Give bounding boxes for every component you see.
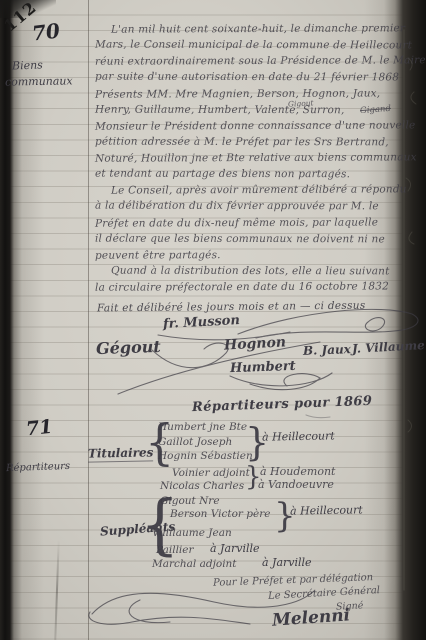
suppleant-name: Paillier (156, 544, 194, 556)
titulaire-name: Humbert jne Bte (158, 420, 253, 435)
manuscript-line: il déclare que les biens communaux ne do… (95, 230, 417, 247)
entry-number-70: 70 (31, 18, 62, 45)
titulaire-extra-place: à Houdemont (260, 465, 335, 478)
margin-note-biens-line2: communaux (5, 74, 73, 88)
section-heading-repartiteurs-1869: Répartiteurs pour 1869 (192, 394, 373, 415)
manuscript-line: Présents MM. Mre Magnien, Berson, Hognon… (95, 85, 417, 103)
titulaire-name: Hognin Sébastien (158, 449, 253, 464)
suppleant-place: à Jarville (210, 542, 260, 555)
secretary-general-line: Le Secrétaire Général (268, 585, 381, 602)
margin-note-biens-line1: Biens (12, 58, 43, 72)
signature-hognon: Hognon (224, 334, 287, 353)
manuscript-line: la circulaire préfectorale en date du 16… (95, 278, 417, 296)
manuscript-line: réuni extraordinairement sous la Préside… (95, 53, 417, 71)
signature-melenni: Melenni (271, 605, 350, 630)
manuscript-line: Monsieur le Président donne connaissance… (95, 117, 417, 135)
signature-gegout: Gégout (96, 337, 161, 358)
titulaires-place: à Heillecourt (262, 429, 335, 443)
manuscript-line: à la délibération du dix février approuv… (95, 198, 417, 215)
manuscript-line: et tendant au partage des biens non part… (95, 166, 417, 183)
suppleant-name: Gigout Nre (160, 495, 220, 507)
signature-humbert: Humbert (230, 359, 296, 376)
suppleant-name: Berson Victor père (170, 508, 270, 520)
paper-crease (54, 540, 59, 640)
brace-right-extra-titulaires: } (245, 464, 262, 490)
manuscript-line: par suite d'une autorisation en date du … (95, 69, 417, 86)
titulaires-label: Titulaires (88, 445, 154, 462)
struck-through-word: Gigand (360, 104, 392, 116)
manuscript-line: Mars, le Conseil municipal de la commune… (95, 37, 417, 54)
signature-villaume: J. Villaume (352, 338, 425, 356)
manuscript-line: Quand à la distribution des lots, elle a… (95, 262, 417, 279)
margin-note-repartiteurs: Répartiteurs (6, 461, 70, 474)
margin-rule-line (88, 0, 89, 640)
titulaire-extra-name: Voinier adjoint (172, 467, 250, 479)
deliberation-body-text: L'an mil huit cent soixante-huit, le dim… (95, 21, 417, 295)
manuscript-line: L'an mil huit cent soixante-huit, le dim… (95, 20, 417, 38)
interline-insert-word: Gigout (288, 98, 314, 108)
signature-jaux: B. Jaux (303, 342, 351, 358)
manuscript-line: peuvent être partagés. (95, 246, 417, 264)
suppleant-name: Marchal adjoint (152, 558, 237, 570)
entry-number-71: 71 (25, 416, 54, 441)
closing-formula-line: Fait et délibéré les jours mois et an — … (97, 300, 366, 315)
manuscript-line: pétition adressée à M. le Préfet par les… (95, 133, 417, 150)
manuscript-line: Préfet en date du dix-neuf même mois, pa… (95, 214, 417, 232)
suppleants-place: à Heillecourt (290, 503, 363, 517)
titulaire-name: Gaillot Joseph (158, 435, 253, 450)
titulaires-name-list: Humbert jne Bte Gaillot Joseph Hognin Sé… (158, 420, 253, 464)
register-page: 112 70 Biens communaux L'an mil huit cen… (0, 0, 426, 640)
suppleant-place: à Jarville (262, 556, 312, 569)
manuscript-line: Le Conseil, après avoir mûrement délibér… (95, 182, 417, 200)
manuscript-line: Noturé, Houillon jne et Bte relative aux… (95, 149, 417, 167)
titulaire-extra-place: à Vandoeuvre (258, 478, 334, 491)
suppleant-name: Vuillaume Jean (152, 527, 232, 539)
signature-musson: fr. Musson (163, 313, 241, 332)
